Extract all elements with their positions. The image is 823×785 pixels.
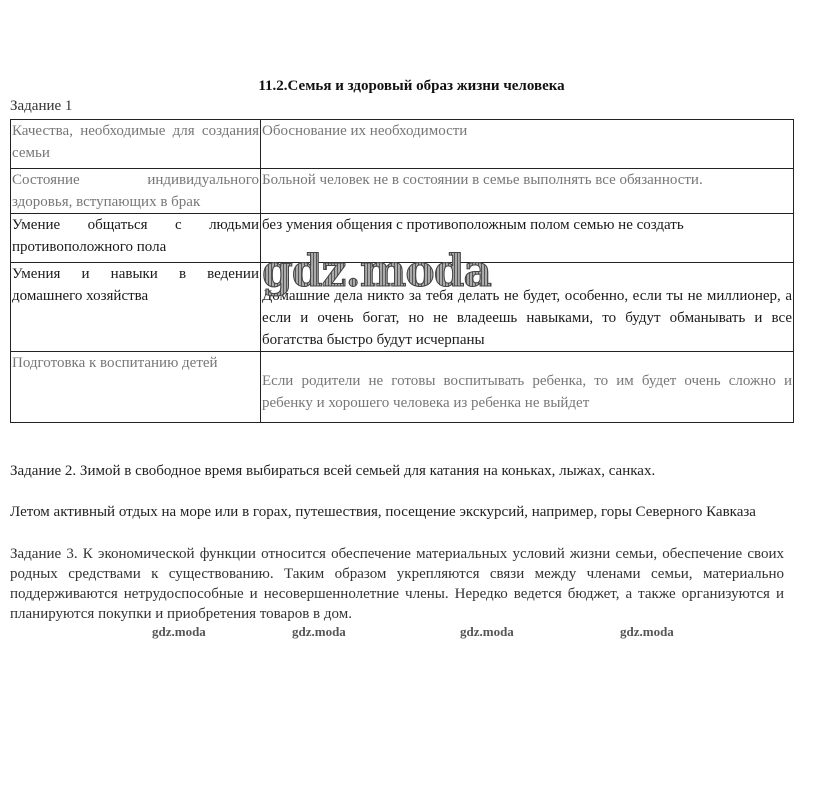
task2-summer: Летом активный отдых на море или в горах… [10,502,784,522]
table-row: Умение общаться с людьми противоположног… [11,214,794,263]
row-quality: Умения и навыки в ведении домашнего хозя… [11,263,261,352]
row-reason: Домашние дела никто за тебя делать не бу… [262,288,792,348]
row-reason-cell: Домашние дела никто за тебя делать не бу… [261,263,794,352]
watermark-small: gdz.moda [460,624,514,640]
row-reason-cell: Если родители не готовы воспитывать ребе… [261,352,794,423]
watermark-small: gdz.moda [152,624,206,640]
row-reason: без умения общения с противоположным пол… [261,214,794,263]
qualities-table: Качества, необходимые для создания семьи… [10,119,794,423]
row-reason: Если родители не готовы воспитывать ребе… [262,373,792,411]
task1-label: Задание 1 [10,98,72,115]
table-row: Состояние индивидуального здоровья, всту… [11,169,794,214]
header-reason: Обоснование их необходимости [261,120,794,169]
watermark-small: gdz.moda [292,624,346,640]
task2-winter: Задание 2. Зимой в свободное время выбир… [10,461,784,481]
table-row: Умения и навыки в ведении домашнего хозя… [11,263,794,352]
table-row: Подготовка к воспитанию детей Если родит… [11,352,794,423]
row-quality: Состояние индивидуального здоровья, всту… [11,169,261,214]
watermark-small: gdz.moda [620,624,674,640]
row-quality: Подготовка к воспитанию детей [11,352,261,423]
page-title: 11.2.Семья и здоровый образ жизни челове… [0,78,823,95]
row-reason: Больной человек не в состоянии в семье в… [261,169,794,214]
table-header-row: Качества, необходимые для создания семьи… [11,120,794,169]
row-quality: Умение общаться с людьми противоположног… [11,214,261,263]
header-quality: Качества, необходимые для создания семьи [11,120,261,169]
task3-text: Задание 3. К экономической функции относ… [10,544,784,624]
